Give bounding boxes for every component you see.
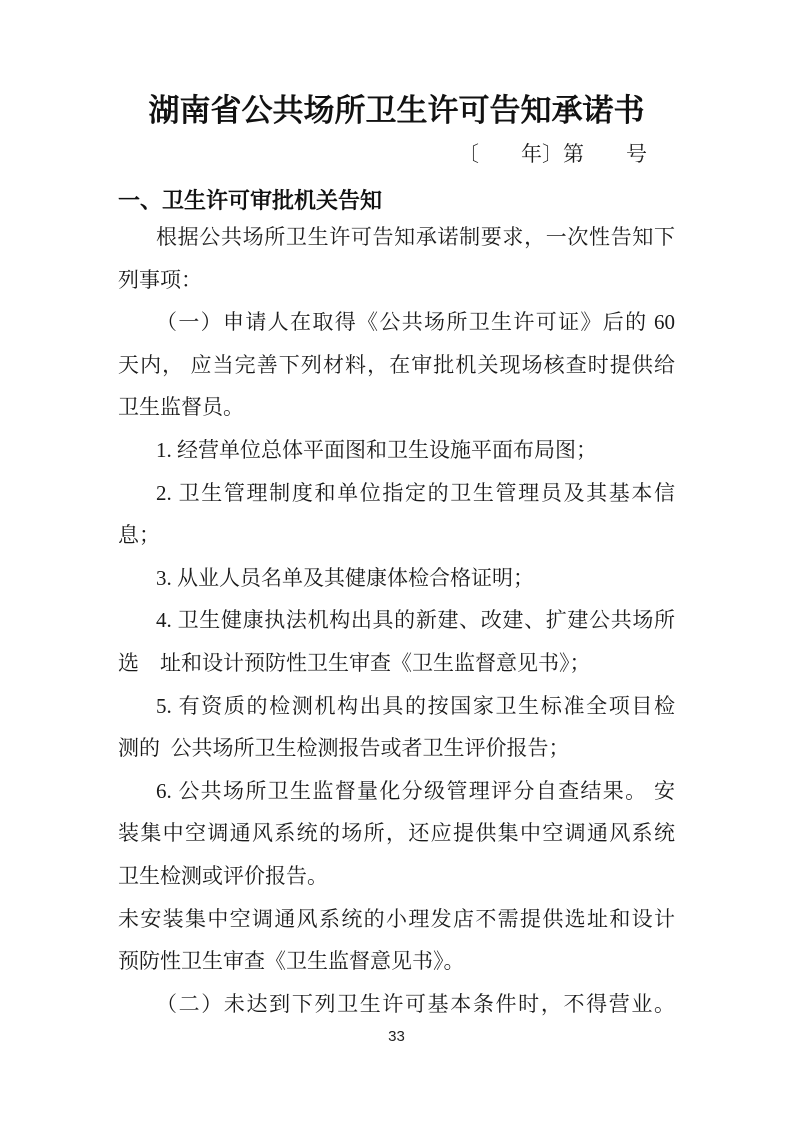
document-title: 湖南省公共场所卫生许可告知承诺书 bbox=[118, 88, 675, 134]
document-body: 根据公共场所卫生许可告知承诺制要求，一次性告知下列事项：（一）申请人在取得《公共… bbox=[118, 216, 675, 1025]
text-line: 选 址和设计预防性卫生审查《卫生监督意见书》； bbox=[118, 642, 675, 685]
text-line: 5. 有资质的检测机构出具的按国家卫生标准全项目检 bbox=[118, 685, 675, 728]
document-page: 湖南省公共场所卫生许可告知承诺书 〔 年〕第 号 一、卫生许可审批机关告知 根据… bbox=[0, 0, 793, 1122]
text-line: 1. 经营单位总体平面图和卫生设施平面布局图； bbox=[118, 429, 675, 472]
issue-number-line: 〔 年〕第 号 bbox=[118, 140, 675, 168]
text-line: （一）申请人在取得《公共场所卫生许可证》后的 60 bbox=[118, 301, 675, 344]
text-line: 装集中空调通风系统的场所，还应提供集中空调通风系统 bbox=[118, 812, 675, 855]
text-line: （二）未达到下列卫生许可基本条件时，不得营业。 bbox=[118, 983, 675, 1026]
text-line: 6. 公共场所卫生监督量化分级管理评分自查结果。 安 bbox=[118, 770, 675, 813]
text-line: 未安装集中空调通风系统的小理发店不需提供选址和设计 bbox=[118, 898, 675, 941]
text-line: 根据公共场所卫生许可告知承诺制要求，一次性告知下 bbox=[118, 216, 675, 259]
text-line: 列事项： bbox=[118, 259, 675, 302]
text-line: 卫生检测或评价报告。 bbox=[118, 855, 675, 898]
page-number: 33 bbox=[118, 1027, 675, 1047]
text-line: 3. 从业人员名单及其健康体检合格证明； bbox=[118, 557, 675, 600]
text-line: 天内， 应当完善下列材料，在审批机关现场核查时提供给 bbox=[118, 344, 675, 387]
text-line: 息； bbox=[118, 514, 675, 557]
section-heading: 一、卫生许可审批机关告知 bbox=[118, 186, 675, 216]
text-line: 预防性卫生审查《卫生监督意见书》。 bbox=[118, 940, 675, 983]
text-line: 卫生监督员。 bbox=[118, 386, 675, 429]
text-line: 测的 公共场所卫生检测报告或者卫生评价报告； bbox=[118, 727, 675, 770]
text-line: 4. 卫生健康执法机构出具的新建、改建、扩建公共场所 bbox=[118, 599, 675, 642]
text-line: 2. 卫生管理制度和单位指定的卫生管理员及其基本信 bbox=[118, 472, 675, 515]
